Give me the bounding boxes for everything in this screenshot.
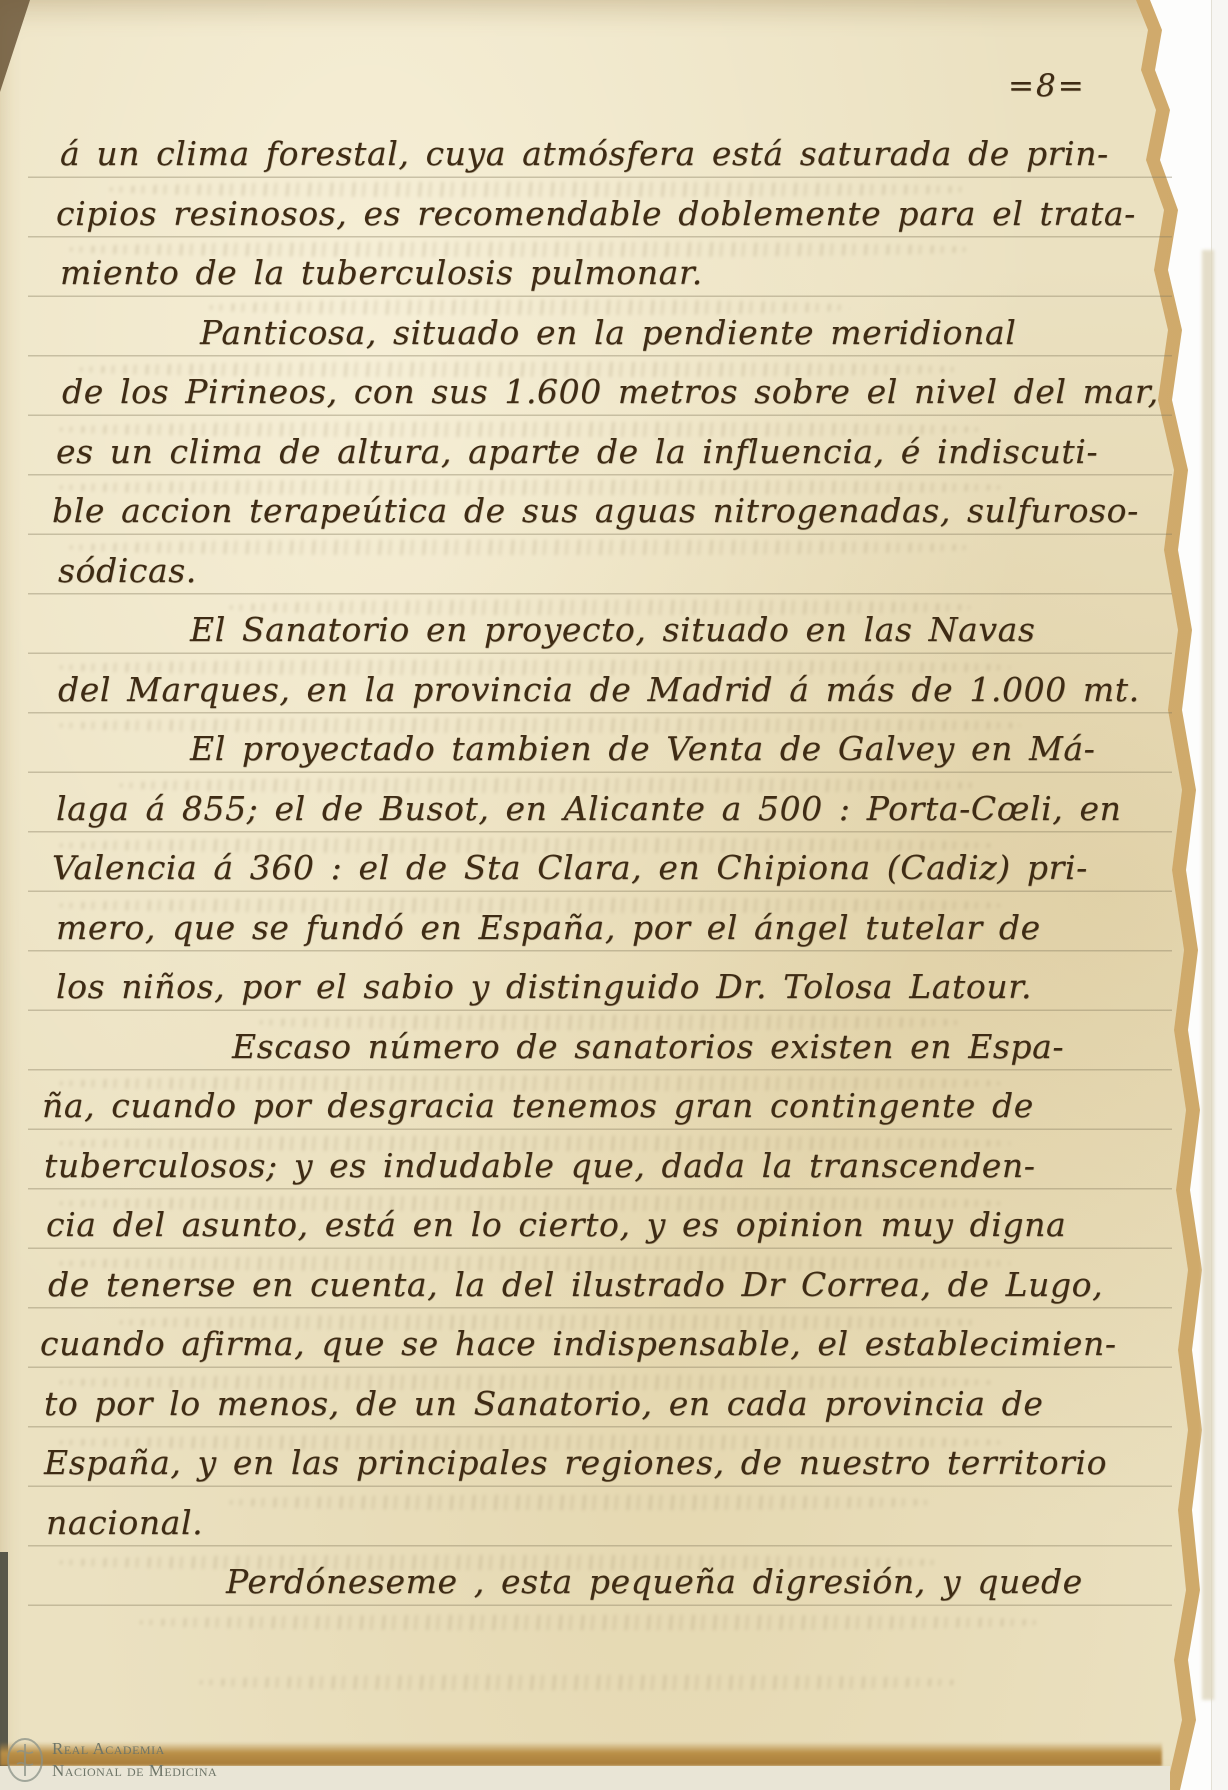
manuscript-line: es un clima de altura, aparte de la infl…	[56, 430, 1098, 474]
academy-seal-icon	[4, 1736, 46, 1784]
bleed-through-smudge	[230, 1495, 930, 1510]
bleed-through-smudge	[70, 540, 970, 555]
stamp-text-line2: Nacional de Medicina	[52, 1760, 217, 1782]
manuscript-line: laga á 855; el de Busot, en Alicante a 5…	[56, 787, 1121, 831]
manuscript-line: El Sanatorio en proyecto, situado en las…	[190, 608, 1035, 652]
manuscript-line: El proyectado tambien de Venta de Galvey…	[190, 727, 1095, 771]
manuscript-line: España, y en las principales regiones, d…	[44, 1441, 1107, 1485]
manuscript-line: to por lo menos, de un Sanatorio, en cad…	[44, 1382, 1044, 1426]
manuscript-line: miento de la tuberculosis pulmonar.	[60, 251, 703, 295]
library-stamp: Real Academia Nacional de Medicina	[4, 1736, 217, 1784]
stamp-text-line1: Real Academia	[52, 1738, 217, 1760]
manuscript-line: á un clima forestal, cuya atmósfera está…	[60, 132, 1109, 176]
manuscript-line: cipios resinosos, es recomendable doblem…	[56, 192, 1136, 236]
manuscript-line: los niños, por el sabio y distinguido Dr…	[56, 965, 1032, 1009]
underlying-sheet-edge	[1202, 250, 1214, 1700]
page-number: =8=	[1008, 68, 1086, 104]
manuscript-line: Valencia á 360 : el de Sta Clara, en Chi…	[52, 846, 1088, 890]
manuscript-line: Escaso número de sanatorios existen en E…	[232, 1025, 1064, 1069]
scanned-manuscript-page: =8= á un clima forestal, cuya atmósfera …	[0, 0, 1228, 1790]
manuscript-line: ble accion terapeútica de sus aguas nitr…	[52, 489, 1139, 533]
manuscript-line: del Marques, en la provincia de Madrid á…	[58, 668, 1140, 712]
manuscript-line: nacional.	[46, 1501, 203, 1545]
manuscript-line: cia del asunto, está en lo cierto, y es …	[46, 1203, 1066, 1247]
manuscript-line: Perdóneseme , esta pequeña digresión, y …	[226, 1560, 1083, 1604]
bleed-through-smudge	[200, 1675, 960, 1690]
manuscript-line: sódicas.	[58, 549, 197, 593]
manuscript-line: ña, cuando por desgracia tenemos gran co…	[42, 1084, 1034, 1128]
bleed-through-smudge	[140, 1615, 1040, 1630]
manuscript-line: cuando afirma, que se hace indispensable…	[40, 1322, 1117, 1366]
manuscript-line: tuberculosos; y es indudable que, dada l…	[44, 1144, 1036, 1188]
manuscript-line: de los Pirineos, con sus 1.600 metros so…	[62, 370, 1159, 414]
manuscript-line: mero, que se fundó en España, por el áng…	[56, 906, 1041, 950]
manuscript-line: Panticosa, situado en la pendiente merid…	[200, 311, 1016, 355]
manuscript-line: de tenerse en cuenta, la del ilustrado D…	[48, 1263, 1103, 1307]
